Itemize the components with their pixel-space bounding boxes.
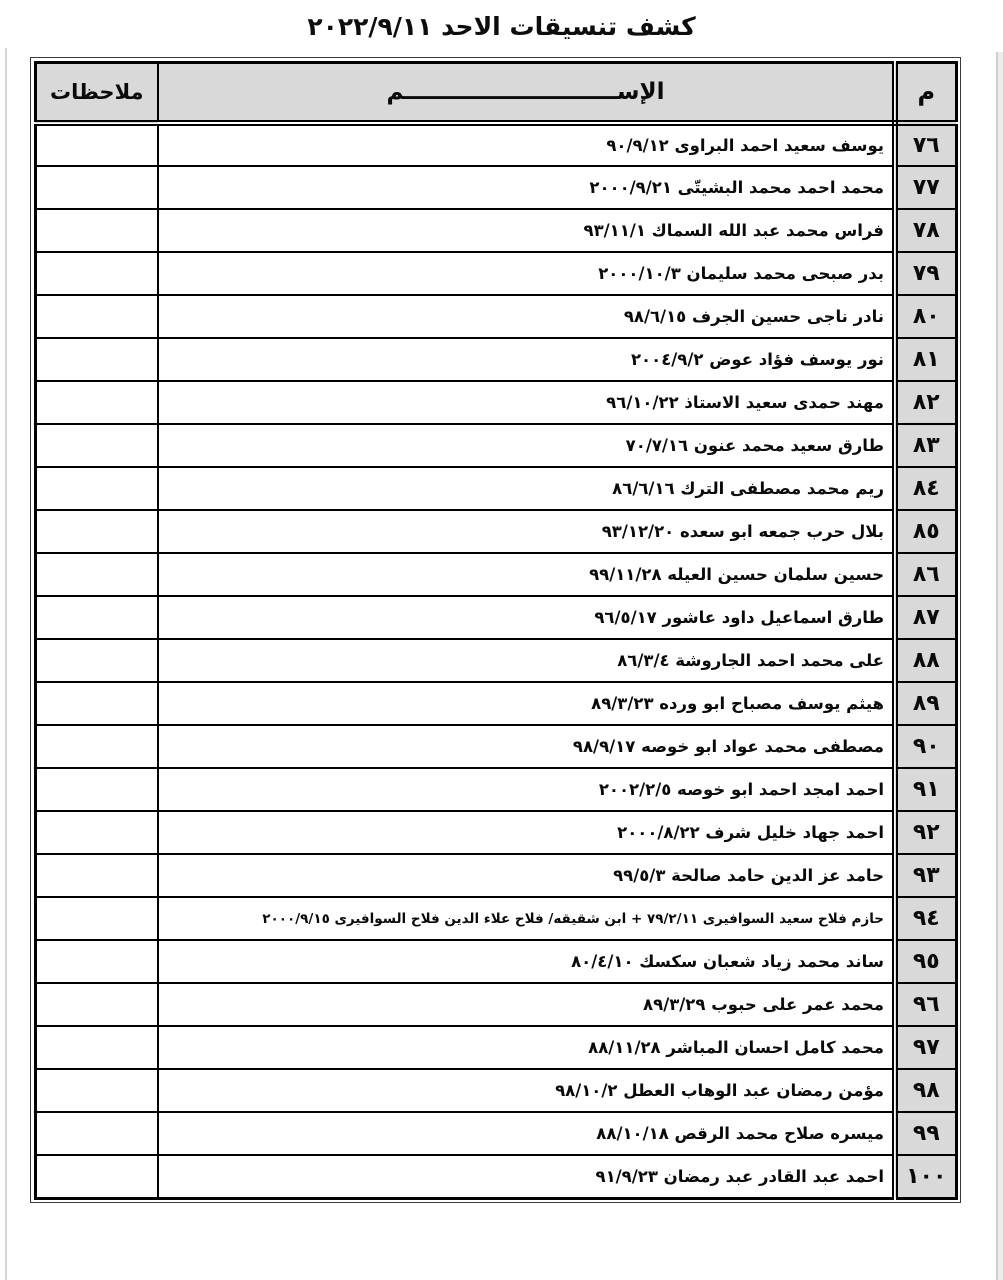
column-header-index: م: [895, 62, 956, 123]
table-row: ٩٦ محمد عمر على حبوب ٨٩/٣/٢٩: [35, 983, 956, 1026]
row-index-cell: ٩٦: [895, 983, 956, 1026]
row-name-cell: يوسف سعيد احمد البراوى ٩٠/٩/١٢: [158, 123, 895, 166]
row-name-cell: حسين سلمان حسين العيله ٩٩/١١/٢٨: [158, 553, 895, 596]
scan-edge-left: [5, 48, 7, 1280]
table-row: ٧٦ يوسف سعيد احمد البراوى ٩٠/٩/١٢: [35, 123, 956, 166]
row-notes-cell: [35, 338, 158, 381]
row-name-cell: حامد عز الدين حامد صالحة ٩٩/٥/٣: [158, 854, 895, 897]
table-row: ٩٩ ميسره صلاح محمد الرقص ٨٨/١٠/١٨: [35, 1112, 956, 1155]
row-index-cell: ٨٣: [895, 424, 956, 467]
row-notes-cell: [35, 381, 158, 424]
row-index-cell: ٧٦: [895, 123, 956, 166]
table-row: ٨٢ مهند حمدى سعيد الاستاذ ٩٦/١٠/٢٢: [35, 381, 956, 424]
header-row: م الإســـــــــــــــــــــــــــم ملاحظ…: [35, 62, 956, 123]
row-notes-cell: [35, 295, 158, 338]
row-index-cell: ٨٤: [895, 467, 956, 510]
row-index-cell: ٨٢: [895, 381, 956, 424]
row-notes-cell: [35, 854, 158, 897]
row-index-cell: ٩٩: [895, 1112, 956, 1155]
row-name-cell: نادر ناجى حسين الجرف ٩٨/٦/١٥: [158, 295, 895, 338]
column-header-name: الإســـــــــــــــــــــــــــم: [158, 62, 895, 123]
row-notes-cell: [35, 424, 158, 467]
row-index-cell: ٧٨: [895, 209, 956, 252]
row-name-cell: محمد كامل احسان المباشر ٨٨/١١/٢٨: [158, 1026, 895, 1069]
row-notes-cell: [35, 1069, 158, 1112]
table-row: ٩٥ ساند محمد زياد شعبان سكسك ٨٠/٤/١٠: [35, 940, 956, 983]
row-name-cell: حازم فلاح سعيد السوافيرى ٧٩/٢/١١ + ابن ش…: [158, 897, 895, 940]
table-row: ٨٤ ريم محمد مصطفى الترك ٨٦/٦/١٦: [35, 467, 956, 510]
row-index-cell: ٩٣: [895, 854, 956, 897]
row-name-cell: محمد عمر على حبوب ٨٩/٣/٢٩: [158, 983, 895, 1026]
row-notes-cell: [35, 252, 158, 295]
roster-body: ٧٦ يوسف سعيد احمد البراوى ٩٠/٩/١٢ ٧٧ محم…: [35, 123, 956, 1198]
table-row: ١٠٠ احمد عبد القادر عبد رمضان ٩١/٩/٢٣: [35, 1155, 956, 1198]
row-notes-cell: [35, 596, 158, 639]
row-name-cell: هيثم يوسف مصباح ابو ورده ٨٩/٣/٢٣: [158, 682, 895, 725]
table-row: ٩٧ محمد كامل احسان المباشر ٨٨/١١/٢٨: [35, 1026, 956, 1069]
row-name-cell: بدر صبحى محمد سليمان ٢٠٠٠/١٠/٣: [158, 252, 895, 295]
table-row: ٨٧ طارق اسماعيل داود عاشور ٩٦/٥/١٧: [35, 596, 956, 639]
table-row: ٩٨ مؤمن رمضان عبد الوهاب العطل ٩٨/١٠/٢: [35, 1069, 956, 1112]
row-name-cell: مهند حمدى سعيد الاستاذ ٩٦/١٠/٢٢: [158, 381, 895, 424]
table-row: ٧٨ فراس محمد عبد الله السماك ٩٣/١١/١: [35, 209, 956, 252]
row-index-cell: ٧٧: [895, 166, 956, 209]
coordination-roster-table: م الإســـــــــــــــــــــــــــم ملاحظ…: [34, 61, 958, 1200]
row-index-cell: ٩٠: [895, 725, 956, 768]
row-notes-cell: [35, 510, 158, 553]
row-notes-cell: [35, 682, 158, 725]
row-index-cell: ٨٠: [895, 295, 956, 338]
row-name-cell: مؤمن رمضان عبد الوهاب العطل ٩٨/١٠/٢: [158, 1069, 895, 1112]
row-name-cell: نور يوسف فؤاد عوض ٢٠٠٤/٩/٢: [158, 338, 895, 381]
row-name-cell: طارق سعيد محمد عنون ٧٠/٧/١٦: [158, 424, 895, 467]
row-name-cell: طارق اسماعيل داود عاشور ٩٦/٥/١٧: [158, 596, 895, 639]
row-index-cell: ٧٩: [895, 252, 956, 295]
row-notes-cell: [35, 725, 158, 768]
row-name-cell: محمد احمد محمد البشيتّى ٢٠٠٠/٩/٢١: [158, 166, 895, 209]
row-notes-cell: [35, 1112, 158, 1155]
row-notes-cell: [35, 897, 158, 940]
table-row: ٩٠ مصطفى محمد عواد ابو خوصه ٩٨/٩/١٧: [35, 725, 956, 768]
table-row: ٨٦ حسين سلمان حسين العيله ٩٩/١١/٢٨: [35, 553, 956, 596]
row-index-cell: ٨٨: [895, 639, 956, 682]
row-name-cell: مصطفى محمد عواد ابو خوصه ٩٨/٩/١٧: [158, 725, 895, 768]
table-row: ٩٣ حامد عز الدين حامد صالحة ٩٩/٥/٣: [35, 854, 956, 897]
row-notes-cell: [35, 467, 158, 510]
column-header-notes: ملاحظات: [35, 62, 158, 123]
row-notes-cell: [35, 209, 158, 252]
row-index-cell: ٨٥: [895, 510, 956, 553]
row-name-cell: احمد عبد القادر عبد رمضان ٩١/٩/٢٣: [158, 1155, 895, 1198]
row-notes-cell: [35, 1026, 158, 1069]
row-index-cell: ٩٤: [895, 897, 956, 940]
row-notes-cell: [35, 639, 158, 682]
row-index-cell: ٩٧: [895, 1026, 956, 1069]
row-name-cell: بلال حرب جمعه ابو سعده ٩٣/١٢/٢٠: [158, 510, 895, 553]
row-notes-cell: [35, 811, 158, 854]
row-index-cell: ٨٦: [895, 553, 956, 596]
row-notes-cell: [35, 1155, 158, 1198]
table-row: ٨٣ طارق سعيد محمد عنون ٧٠/٧/١٦: [35, 424, 956, 467]
row-index-cell: ١٠٠: [895, 1155, 956, 1198]
table-row: ٩٢ احمد جهاد خليل شرف ٢٠٠٠/٨/٢٢: [35, 811, 956, 854]
table-row: ٩٤ حازم فلاح سعيد السوافيرى ٧٩/٢/١١ + اب…: [35, 897, 956, 940]
table-row: ٨٨ على محمد احمد الجاروشة ٨٦/٣/٤: [35, 639, 956, 682]
row-index-cell: ٨١: [895, 338, 956, 381]
row-name-cell: ريم محمد مصطفى الترك ٨٦/٦/١٦: [158, 467, 895, 510]
row-name-cell: ميسره صلاح محمد الرقص ٨٨/١٠/١٨: [158, 1112, 895, 1155]
table-row: ٧٧ محمد احمد محمد البشيتّى ٢٠٠٠/٩/٢١: [35, 166, 956, 209]
row-notes-cell: [35, 123, 158, 166]
row-notes-cell: [35, 983, 158, 1026]
roster-table-frame: م الإســـــــــــــــــــــــــــم ملاحظ…: [30, 57, 961, 1203]
row-index-cell: ٨٩: [895, 682, 956, 725]
table-row: ٨٥ بلال حرب جمعه ابو سعده ٩٣/١٢/٢٠: [35, 510, 956, 553]
table-row: ٨٠ نادر ناجى حسين الجرف ٩٨/٦/١٥: [35, 295, 956, 338]
table-row: ٩١ احمد امجد احمد ابو خوصه ٢٠٠٢/٢/٥: [35, 768, 956, 811]
row-name-cell: ساند محمد زياد شعبان سكسك ٨٠/٤/١٠: [158, 940, 895, 983]
row-notes-cell: [35, 166, 158, 209]
row-index-cell: ٩١: [895, 768, 956, 811]
row-index-cell: ٩٥: [895, 940, 956, 983]
table-row: ٧٩ بدر صبحى محمد سليمان ٢٠٠٠/١٠/٣: [35, 252, 956, 295]
scan-margin-right: [998, 52, 1003, 1280]
row-name-cell: احمد جهاد خليل شرف ٢٠٠٠/٨/٢٢: [158, 811, 895, 854]
table-row: ٨٩ هيثم يوسف مصباح ابو ورده ٨٩/٣/٢٣: [35, 682, 956, 725]
row-notes-cell: [35, 940, 158, 983]
row-name-cell: فراس محمد عبد الله السماك ٩٣/١١/١: [158, 209, 895, 252]
row-name-cell: احمد امجد احمد ابو خوصه ٢٠٠٢/٢/٥: [158, 768, 895, 811]
row-notes-cell: [35, 768, 158, 811]
row-notes-cell: [35, 553, 158, 596]
table-row: ٨١ نور يوسف فؤاد عوض ٢٠٠٤/٩/٢: [35, 338, 956, 381]
scan-edge-right: [996, 52, 998, 1280]
page-title: كشف تنسيقات الاحد ٢٠٢٢/٩/١١: [0, 12, 1003, 41]
row-index-cell: ٩٨: [895, 1069, 956, 1112]
row-index-cell: ٨٧: [895, 596, 956, 639]
row-index-cell: ٩٢: [895, 811, 956, 854]
row-name-cell: على محمد احمد الجاروشة ٨٦/٣/٤: [158, 639, 895, 682]
